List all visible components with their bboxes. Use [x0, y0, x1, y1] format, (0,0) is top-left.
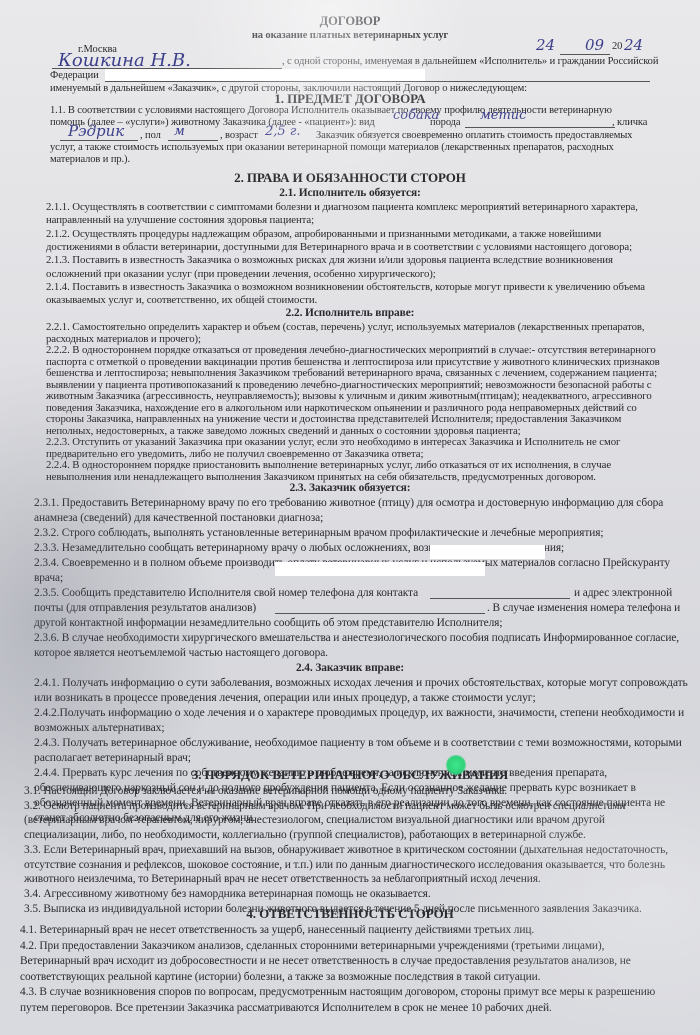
text-line: или возникать в процессе проведения лече…	[34, 691, 536, 705]
section2-2-title: 2.2. Исполнитель вправе:	[0, 306, 700, 320]
breed-handwritten: метис	[480, 108, 526, 123]
redacted-phone	[430, 545, 545, 559]
text-line: 4.2. При предоставлении Заказчиком анали…	[20, 939, 604, 953]
text-line: располагает ветеринарный врач;	[34, 751, 191, 765]
text-line: 4.3. В случае возникновения споров по во…	[20, 985, 655, 999]
section2-title: 2. ПРАВА И ОБЯЗАННОСТИ СТОРОН	[0, 171, 700, 185]
text-line: возможных альтернативах;	[34, 721, 164, 735]
text-line: 4.1. Ветеринарный врач не несет ответств…	[20, 923, 534, 937]
document-title: ДОГОВОР	[0, 14, 700, 28]
text-line: животного неизлечима, то Ветеринарный вр…	[24, 872, 541, 886]
text-line: осложнений при оказании услуг (при прове…	[46, 267, 436, 281]
text-line: (ветеринарным врачом-терапевтом, хирурго…	[24, 813, 605, 827]
section2-1-title: 2.1. Исполнитель обязуется:	[0, 186, 700, 200]
text-line: 2.1.2. Осуществлять процедуры надлежащим…	[46, 227, 601, 241]
text-line: оказываемых услуг и, соответственно, их …	[46, 293, 317, 307]
text-line: специализации, либо, по необходимости, к…	[24, 828, 586, 842]
green-marker-dot	[446, 755, 466, 775]
text-line: 2.1.1. Осуществлять в соответствии с сим…	[46, 200, 638, 214]
text-line: путем переговоров. Все претензии Заказчи…	[20, 1001, 552, 1015]
text-line: направленный на улучшение состояния здор…	[46, 213, 314, 227]
text-line: 2.1.3. Поставить в известность Заказчика…	[46, 253, 613, 267]
pet-name-handwritten: Рэдрик	[68, 122, 124, 140]
text-line: 3.3. Если Ветеринарный врач, приехавший …	[24, 843, 668, 857]
text-line: 3.1. Настоящий Договор заключается на ок…	[24, 784, 507, 798]
preamble-line1: , с одной стороны, именуемая в дальнейше…	[282, 55, 658, 69]
text-line: 2.4.1. Получать информацию о сути заболе…	[34, 676, 688, 690]
text-line: 3.2. Осмотр пациента производится ветери…	[24, 799, 626, 813]
section3-title: 3. ПОРЯДОК ВЕТЕРИНАРНОГО ОБСЛУЖИВАНИЯ	[0, 768, 700, 782]
text-line: 2.4.2.Получать информацию о ходе лечения…	[34, 706, 684, 720]
text-line: 2.4.3. Получать ветеринарное обслуживани…	[34, 736, 682, 750]
text-line: достижениями в области ветеринарии, дост…	[46, 240, 632, 254]
section4-title: 4. ОТВЕТСТВЕННОСТЬ СТОРОН	[0, 907, 700, 921]
text-line: отсутствие сознания и рефлексов, шоковое…	[24, 858, 665, 872]
sex-handwritten: м	[174, 124, 185, 139]
age-handwritten: 2,5 г.	[265, 124, 301, 139]
section2-3-title: 2.3. Заказчик обязуется:	[0, 481, 700, 495]
section2-4-title: 2.4. Заказчик вправе:	[0, 661, 700, 675]
redacted-customer-name	[105, 69, 425, 81]
text-line: 3.4. Агрессивному животному без намордни…	[24, 887, 431, 901]
text-line: соответствующих реальной картине (истори…	[20, 970, 540, 984]
redacted-email	[275, 562, 485, 576]
preamble-line2: Федерации	[50, 69, 99, 83]
text-line: Ветеринарный врач исходит из добросовест…	[20, 954, 631, 968]
text-line: 2.1.4. Поставить в известность Заказчика…	[46, 280, 645, 294]
